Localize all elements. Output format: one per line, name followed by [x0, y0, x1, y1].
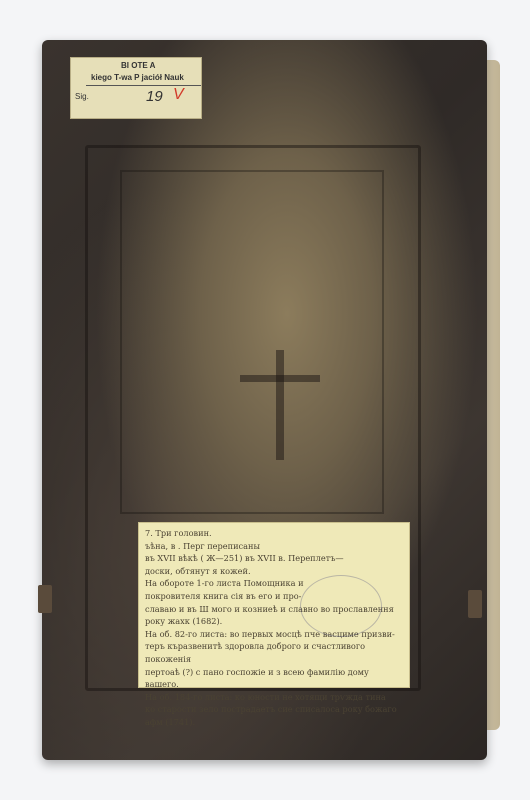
library-label-line2: kiego T-wa P jaciół Nauk [91, 73, 184, 82]
desc-line: теръ къразвенитѣ здоровла доброго и счас… [145, 640, 403, 665]
desc-line: ъѣна, в . Перг переписаны [145, 540, 403, 553]
library-label: BI OTE A kiego T-wa P jaciół Nauk Sig. 1… [70, 57, 202, 119]
desc-line: На об. 184-го листа: ко юности не хотящи… [145, 691, 403, 704]
desc-line: афм (1741). [145, 716, 403, 729]
clasp-left [38, 585, 52, 613]
ink-stamp [300, 575, 382, 637]
clasp-right [468, 590, 482, 618]
desc-line: 7. Три головин. [145, 527, 403, 540]
desc-line: въ XVII вѣкѣ ( Ж—251) въ XVII в. Перепле… [145, 552, 403, 565]
desc-line: доски, обтянут я кожей. [145, 565, 403, 578]
embossed-cross-bar [240, 375, 320, 382]
signature-mark: Sig. [75, 92, 89, 101]
desc-line: пертоаѣ (?) с пано госпожіе и з всею фам… [145, 666, 403, 691]
red-mark: V [173, 86, 184, 104]
library-label-line1: BI OTE A [121, 61, 155, 70]
desc-line: ко старости зело пострадаетъ сие списало… [145, 703, 403, 716]
embossed-inner-border [120, 170, 384, 514]
shelf-number: 19 [146, 88, 163, 105]
embossed-cross-icon [276, 350, 284, 460]
